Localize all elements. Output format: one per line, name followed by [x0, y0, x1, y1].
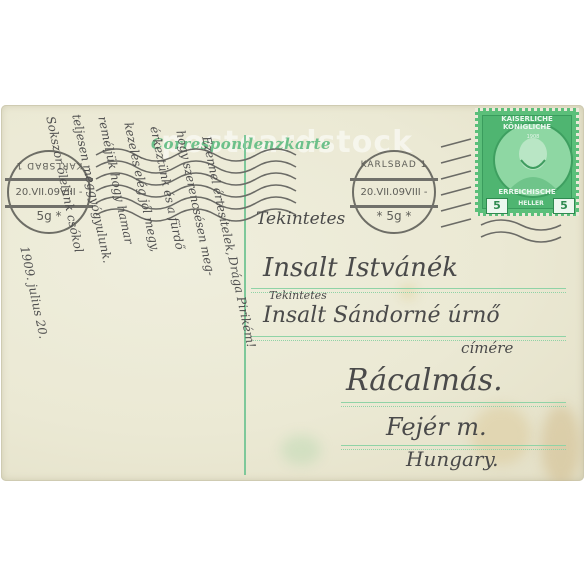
stamp-frame: 1908 KAISERLICHE KÖNIGLICHE ERREICHISCHE…	[482, 115, 572, 209]
portrait-icon	[495, 124, 571, 196]
address-line	[251, 336, 566, 341]
age-stain	[541, 405, 581, 481]
postmark-bar	[5, 205, 93, 208]
postcard-back: postcardstock Correspondenzkarte 1908 KA…	[1, 105, 584, 481]
stamp-value-right: 5	[553, 198, 575, 214]
address-prefix: Tekintetes	[269, 289, 327, 302]
stamp-denomination: HELLER	[511, 200, 551, 207]
address-country: Hungary.	[406, 447, 499, 471]
message-date: 1909. julius 20.	[17, 245, 50, 340]
stamp-bottom-text: ERREICHISCHE	[483, 188, 571, 196]
postmark-bar	[5, 178, 93, 181]
postmark-bar	[350, 205, 438, 208]
address-line-3: címére	[461, 339, 513, 357]
postage-stamp: 1908 KAISERLICHE KÖNIGLICHE ERREICHISCHE…	[475, 108, 579, 216]
postmark-date: 20.VII.09VIII -	[9, 187, 89, 198]
postmark-bar	[350, 178, 438, 181]
postmark-karlsbad: KARLSBAD 1 20.VII.09VIII - * 5g *	[352, 150, 436, 234]
postmark-date: 20.VII.09VIII -	[354, 187, 434, 198]
stamp-portrait: 1908	[493, 122, 573, 198]
address-line	[341, 402, 566, 407]
address-title: Tekintetes	[256, 209, 345, 229]
postmark-city: KARLSBAD 1	[354, 160, 434, 170]
address-county: Fejér m.	[386, 413, 487, 441]
message-greeting: Drága Pirikém!	[225, 255, 258, 349]
age-stain	[281, 435, 321, 465]
stamp-value-left: 5	[486, 198, 508, 214]
address-city: Rácalmás.	[346, 363, 503, 398]
stamp-top-text: KAISERLICHE KÖNIGLICHE	[483, 115, 571, 131]
postmark-city: KARLSBAD 1	[9, 160, 89, 170]
address-line-1: Insalt Istvánék	[263, 253, 458, 283]
address-line-2: Insalt Sándorné úrnő	[263, 303, 500, 328]
postmark-code: * 5g *	[354, 209, 434, 223]
